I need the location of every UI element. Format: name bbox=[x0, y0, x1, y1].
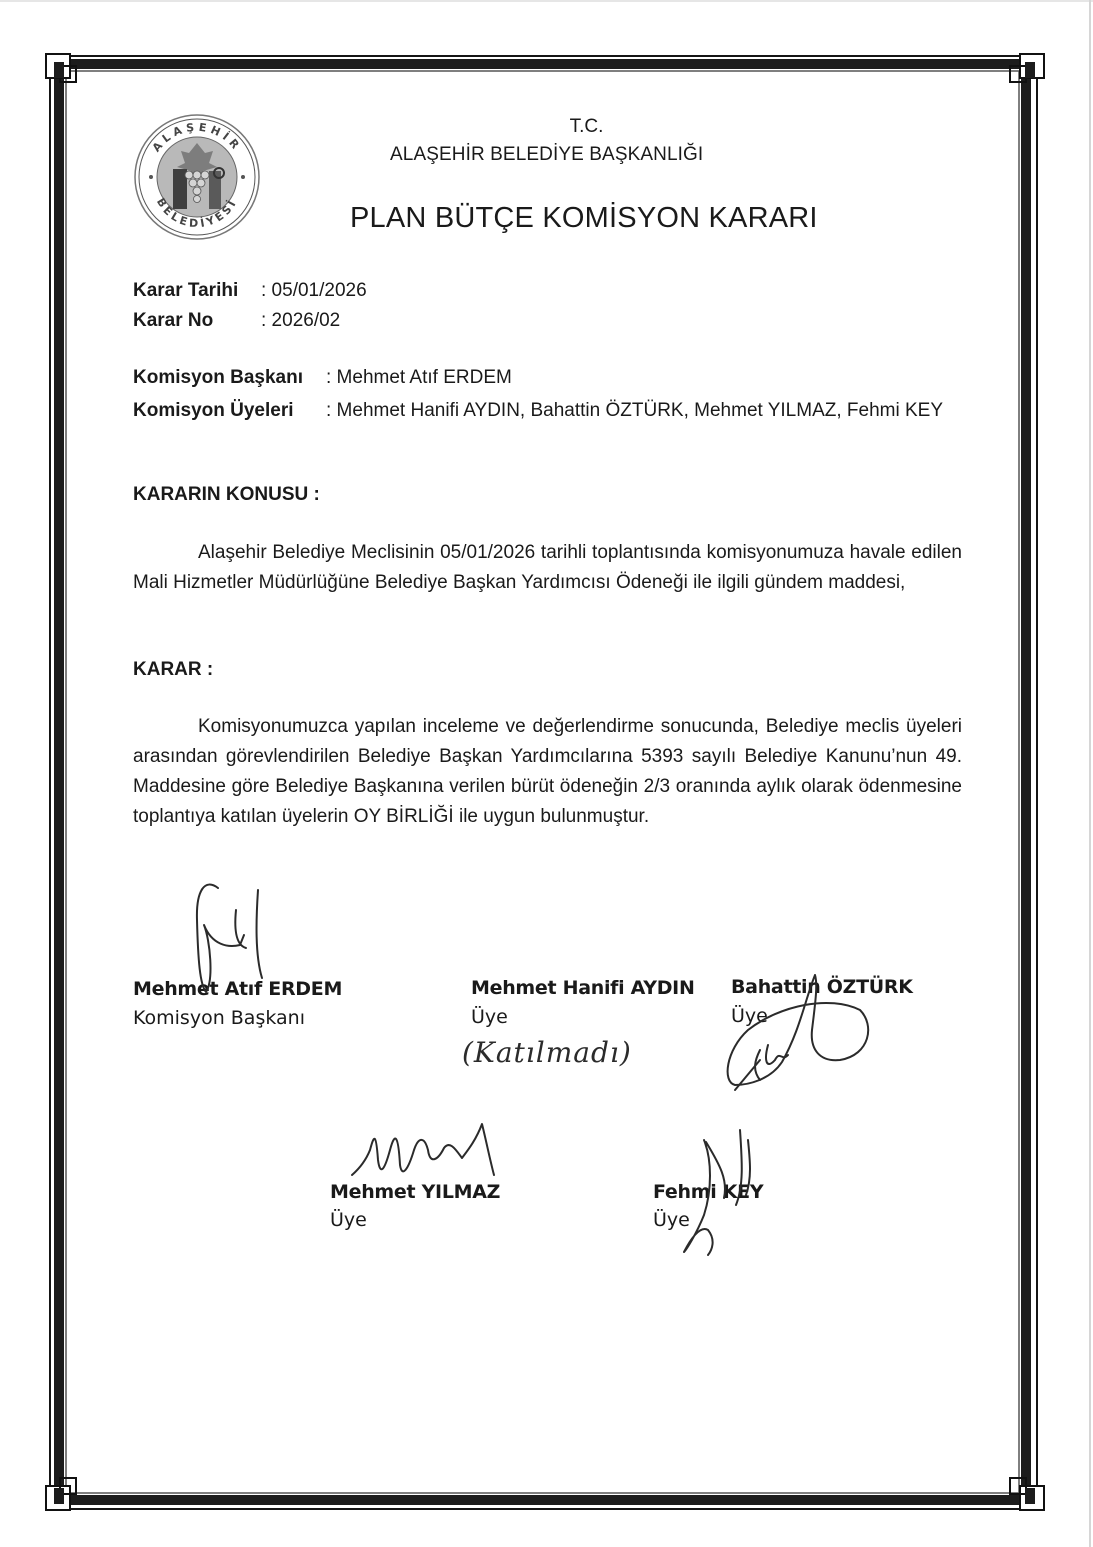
signatory-name: Mehmet YILMAZ bbox=[330, 1181, 500, 1203]
signatory-role: Üye bbox=[471, 1006, 508, 1028]
signature-erdem bbox=[197, 885, 244, 992]
signatory-name: Bahattin ÖZTÜRK bbox=[731, 976, 913, 998]
scan-edge bbox=[0, 0, 1093, 2]
signatory-role: Üye bbox=[330, 1209, 367, 1231]
commission-chair-value: : Mehmet Atıf ERDEM bbox=[326, 367, 512, 389]
subject-heading: KARARIN KONUSU : bbox=[133, 484, 320, 506]
scan-edge bbox=[1089, 0, 1091, 1547]
signatory-role: Üye bbox=[731, 1005, 768, 1027]
commission-chair-row: Komisyon Başkanı: Mehmet Atıf ERDEM bbox=[133, 367, 512, 389]
commission-members-label: Komisyon Üyeleri bbox=[133, 396, 326, 426]
subject-text: Alaşehir Belediye Meclisinin 05/01/2026 … bbox=[133, 538, 962, 598]
signatory-name: Fehmi KEY bbox=[653, 1181, 763, 1203]
absence-note: (Katılmadı) bbox=[462, 1036, 632, 1069]
signatory-name: Mehmet Hanifi AYDIN bbox=[471, 977, 695, 999]
signatory-name: Mehmet Atıf ERDEM bbox=[133, 978, 342, 1000]
decision-text: Komisyonumuzca yapılan inceleme ve değer… bbox=[133, 712, 962, 832]
commission-members-value: : Mehmet Hanifi AYDIN, Bahattin ÖZTÜRK, … bbox=[326, 400, 943, 421]
document-title: PLAN BÜTÇE KOMİSYON KARARI bbox=[350, 202, 818, 235]
signature-yilmaz bbox=[352, 1124, 494, 1175]
decision-date-label: Karar Tarihi bbox=[133, 280, 261, 302]
commission-members-row: Komisyon Üyeleri: Mehmet Hanifi AYDIN, B… bbox=[133, 396, 962, 426]
signatory-role: Üye bbox=[653, 1209, 690, 1231]
decision-no-value: : 2026/02 bbox=[261, 310, 340, 332]
decision-date-value: : 05/01/2026 bbox=[261, 280, 367, 302]
commission-chair-label: Komisyon Başkanı bbox=[133, 367, 326, 389]
decision-date-row: Karar Tarihi: 05/01/2026 bbox=[133, 280, 367, 302]
decision-no-label: Karar No bbox=[133, 310, 261, 332]
decision-no-row: Karar No: 2026/02 bbox=[133, 310, 340, 332]
signatory-role: Komisyon Başkanı bbox=[133, 1007, 305, 1029]
decision-heading: KARAR : bbox=[133, 659, 213, 681]
header-tc: T.C. bbox=[0, 116, 1093, 138]
institution-name: ALAŞEHİR BELEDİYE BAŞKANLIĞI bbox=[390, 144, 703, 166]
